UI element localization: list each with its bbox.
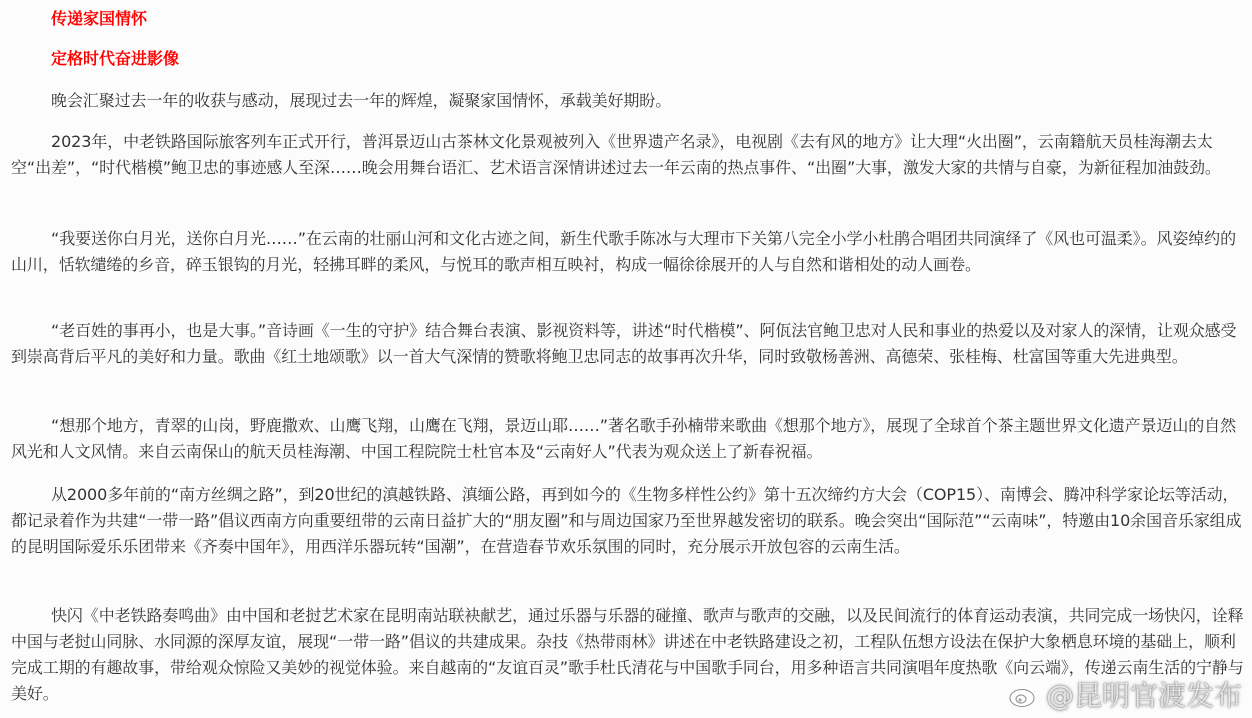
watermark-text: @昆明官渡发布 xyxy=(1046,674,1242,714)
paragraph-2: 2023年，中老铁路国际旅客列车正式开行，普洱景迈山古茶林文化景观被列入《世界遗… xyxy=(11,129,1251,181)
paragraph-1: 晚会汇聚过去一年的收获与感动，展现过去一年的辉煌，凝聚家国情怀，承载美好期盼。 xyxy=(11,88,1251,114)
section-heading-2: 定格时代奋进影像 xyxy=(11,49,179,69)
paragraph-3: “我要送你白月光，送你白月光……”在云南的壮丽山河和文化古迹之间，新生代歌手陈冰… xyxy=(11,226,1251,278)
paragraph-6: 从2000多年前的“南方丝绸之路”，到20世纪的滇越铁路、滇缅公路，再到如今的《… xyxy=(11,482,1251,560)
paragraph-4: “老百姓的事再小，也是大事。”音诗画《一生的守护》结合舞台表演、影视资料等，讲述… xyxy=(11,318,1251,370)
section-heading-1: 传递家国情怀 xyxy=(11,9,147,29)
weibo-icon xyxy=(1008,679,1042,709)
paragraph-5: “想那个地方，青翠的山岗，野鹿撒欢、山鹰飞翔，山鹰在飞翔，景迈山耶……”著名歌手… xyxy=(11,413,1251,465)
weibo-watermark: @昆明官渡发布 xyxy=(1008,674,1242,714)
